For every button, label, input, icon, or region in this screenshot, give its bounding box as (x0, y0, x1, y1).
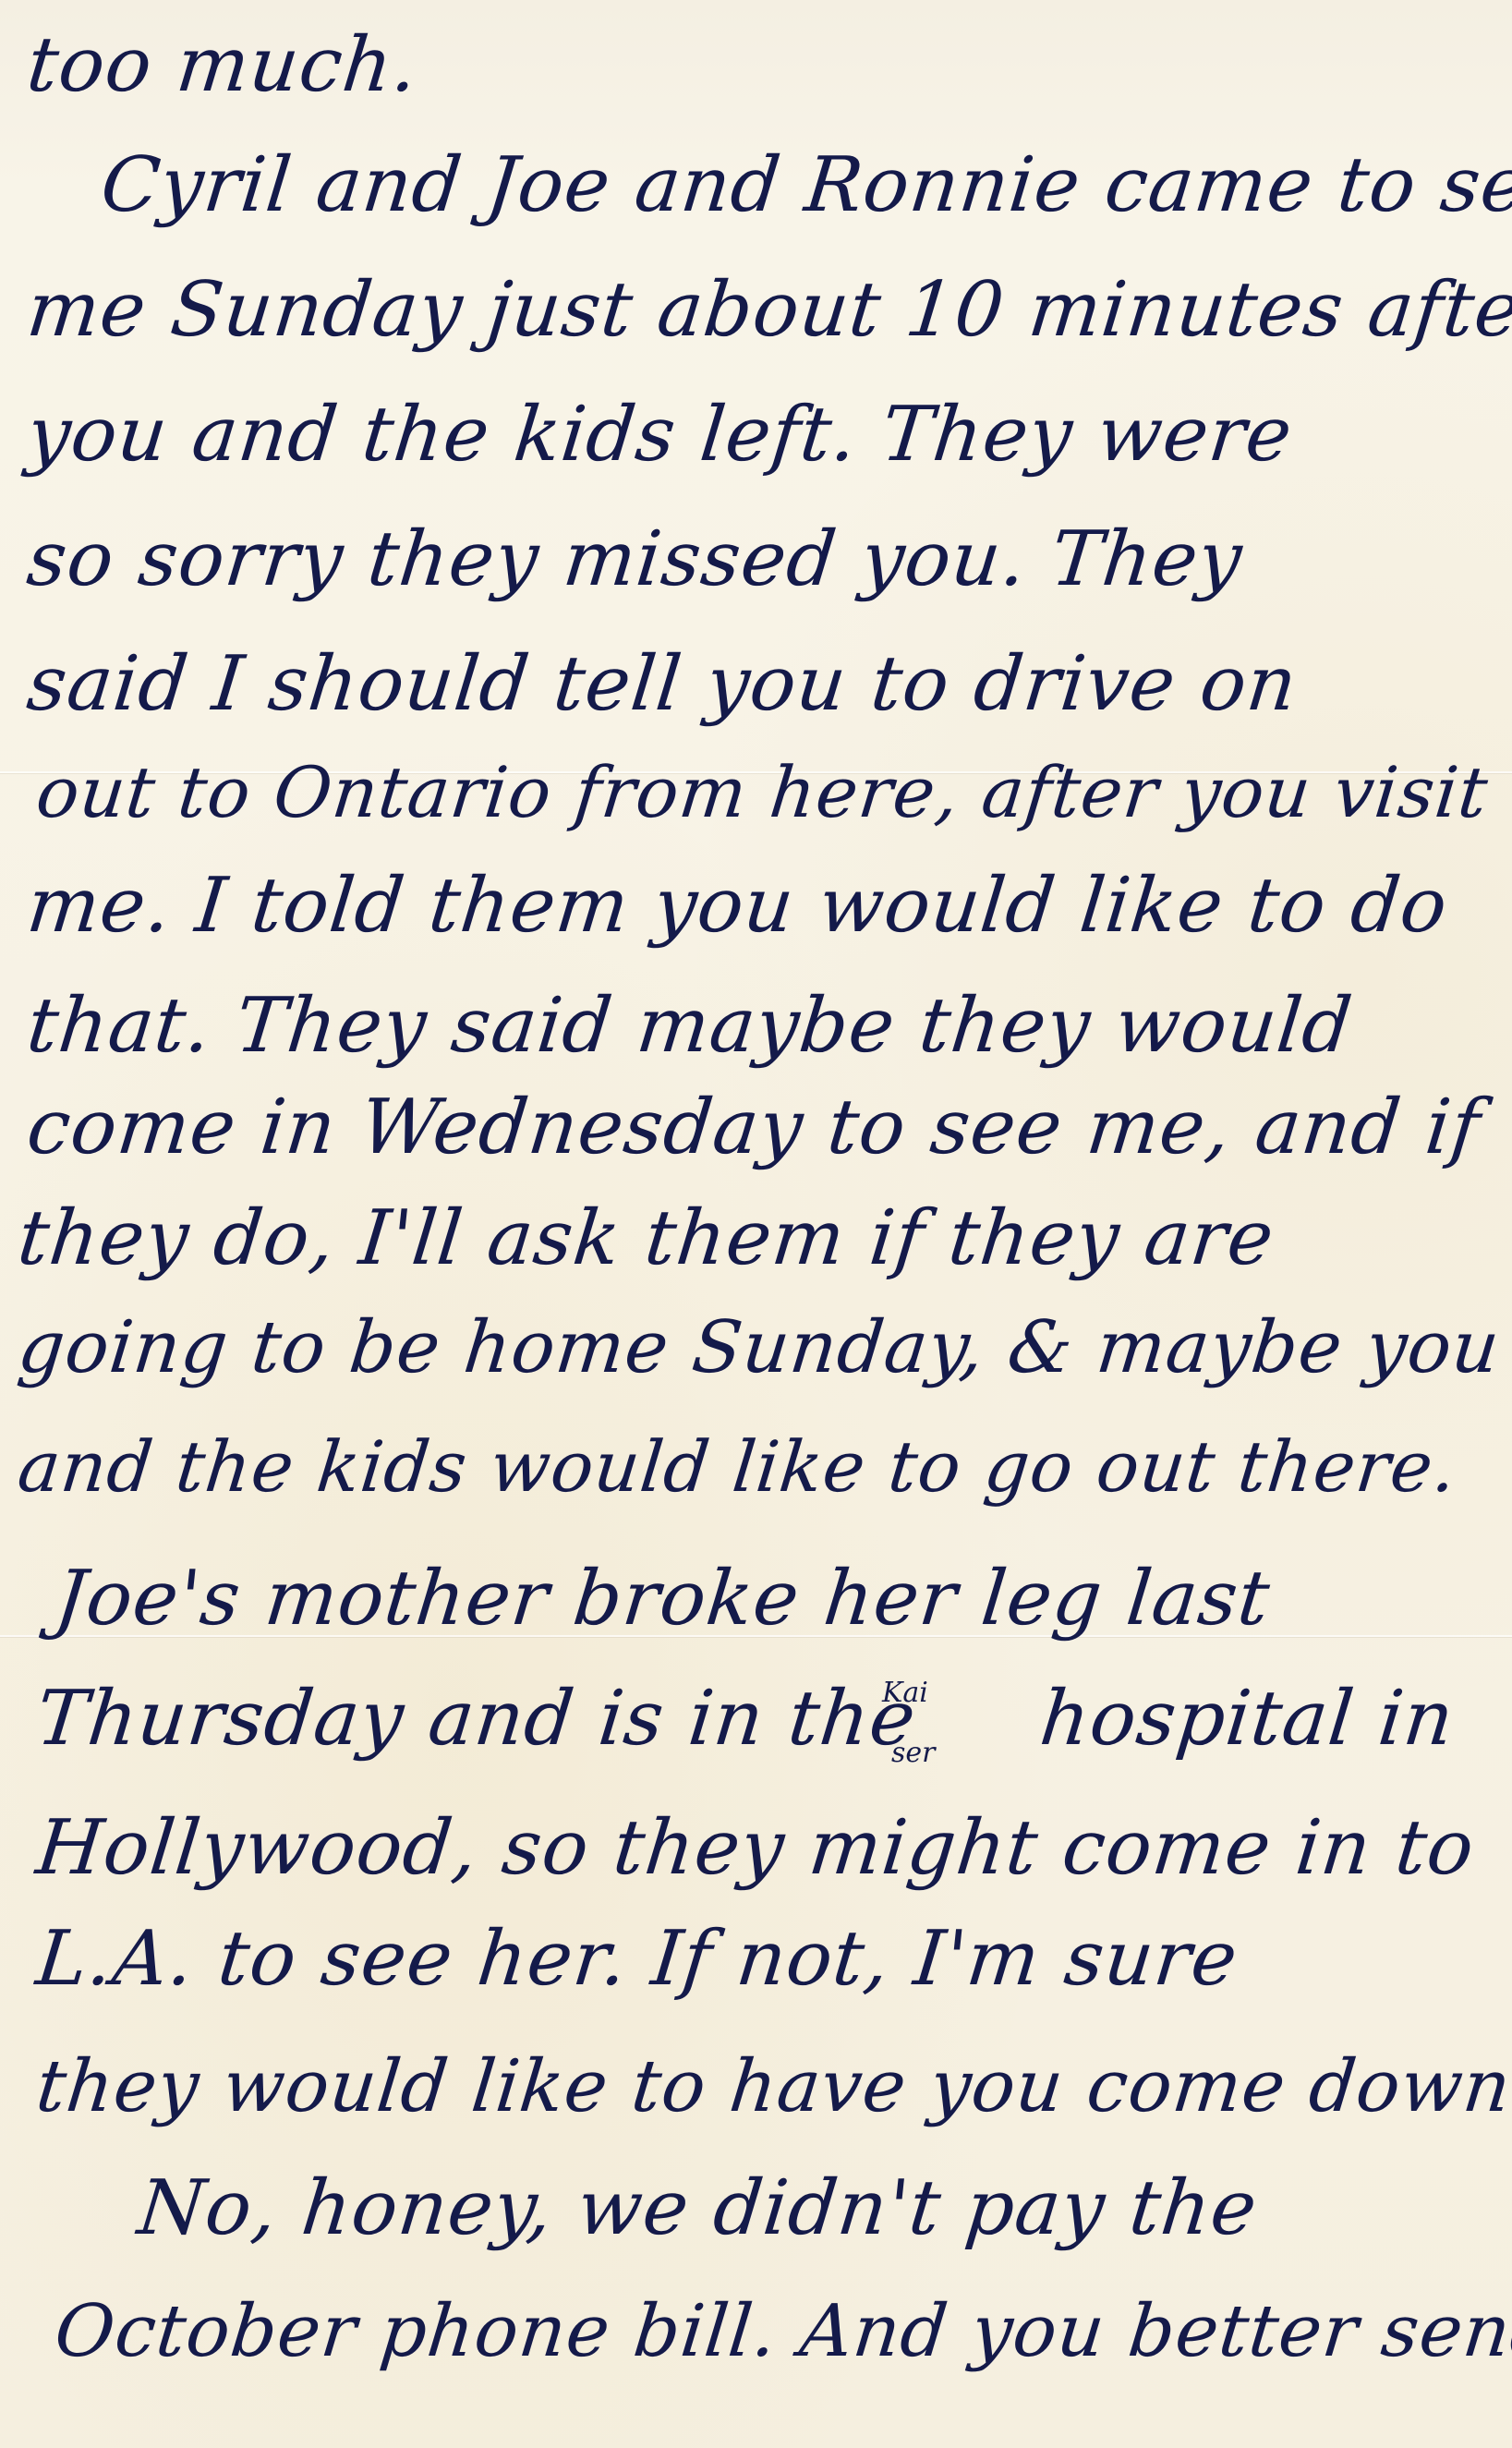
letter-line: out to Ontario from here, after you visi… (33, 757, 1492, 828)
letter-line: that. They said maybe they would (24, 988, 1356, 1064)
letter-line: me Sunday just about 10 minutes after (24, 273, 1512, 348)
letter-line: you and the kids left. They were (24, 397, 1296, 473)
letter-line: come in Wednesday to see me, and if (24, 1090, 1484, 1166)
letter-line: Joe's mother broke her leg last (52, 1561, 1274, 1637)
insertion-below: ser (891, 1737, 936, 1769)
insertion-above: Kai (882, 1677, 928, 1709)
letter-line: me. I told them you would like to do (24, 868, 1451, 944)
letter-line: L.A. to see her. If not, I'm sure (33, 1921, 1241, 1997)
letter-line: so sorry they missed you. They (24, 522, 1246, 598)
letter-line: October phone bill. And you better send (52, 2296, 1512, 2368)
letter-line: Cyril and Joe and Ronnie came to see (98, 148, 1512, 224)
letter-line: No, honey, we didn't pay the (135, 2171, 1261, 2247)
letter-line: too much. (24, 28, 422, 103)
letter-line: Hollywood, so they might come in to (33, 1811, 1478, 1886)
letter-line: Thursday and is in the hospital in (33, 1681, 1458, 1757)
letter-line: they do, I'll ask them if they are (15, 1201, 1278, 1277)
letter-line: and the kids would like to go out there. (15, 1432, 1460, 1502)
letter-line: going to be home Sunday, & maybe you (15, 1312, 1504, 1384)
letter-line: said I should tell you to drive on (24, 647, 1301, 722)
letter-line: they would like to have you come down. (33, 2051, 1512, 2123)
